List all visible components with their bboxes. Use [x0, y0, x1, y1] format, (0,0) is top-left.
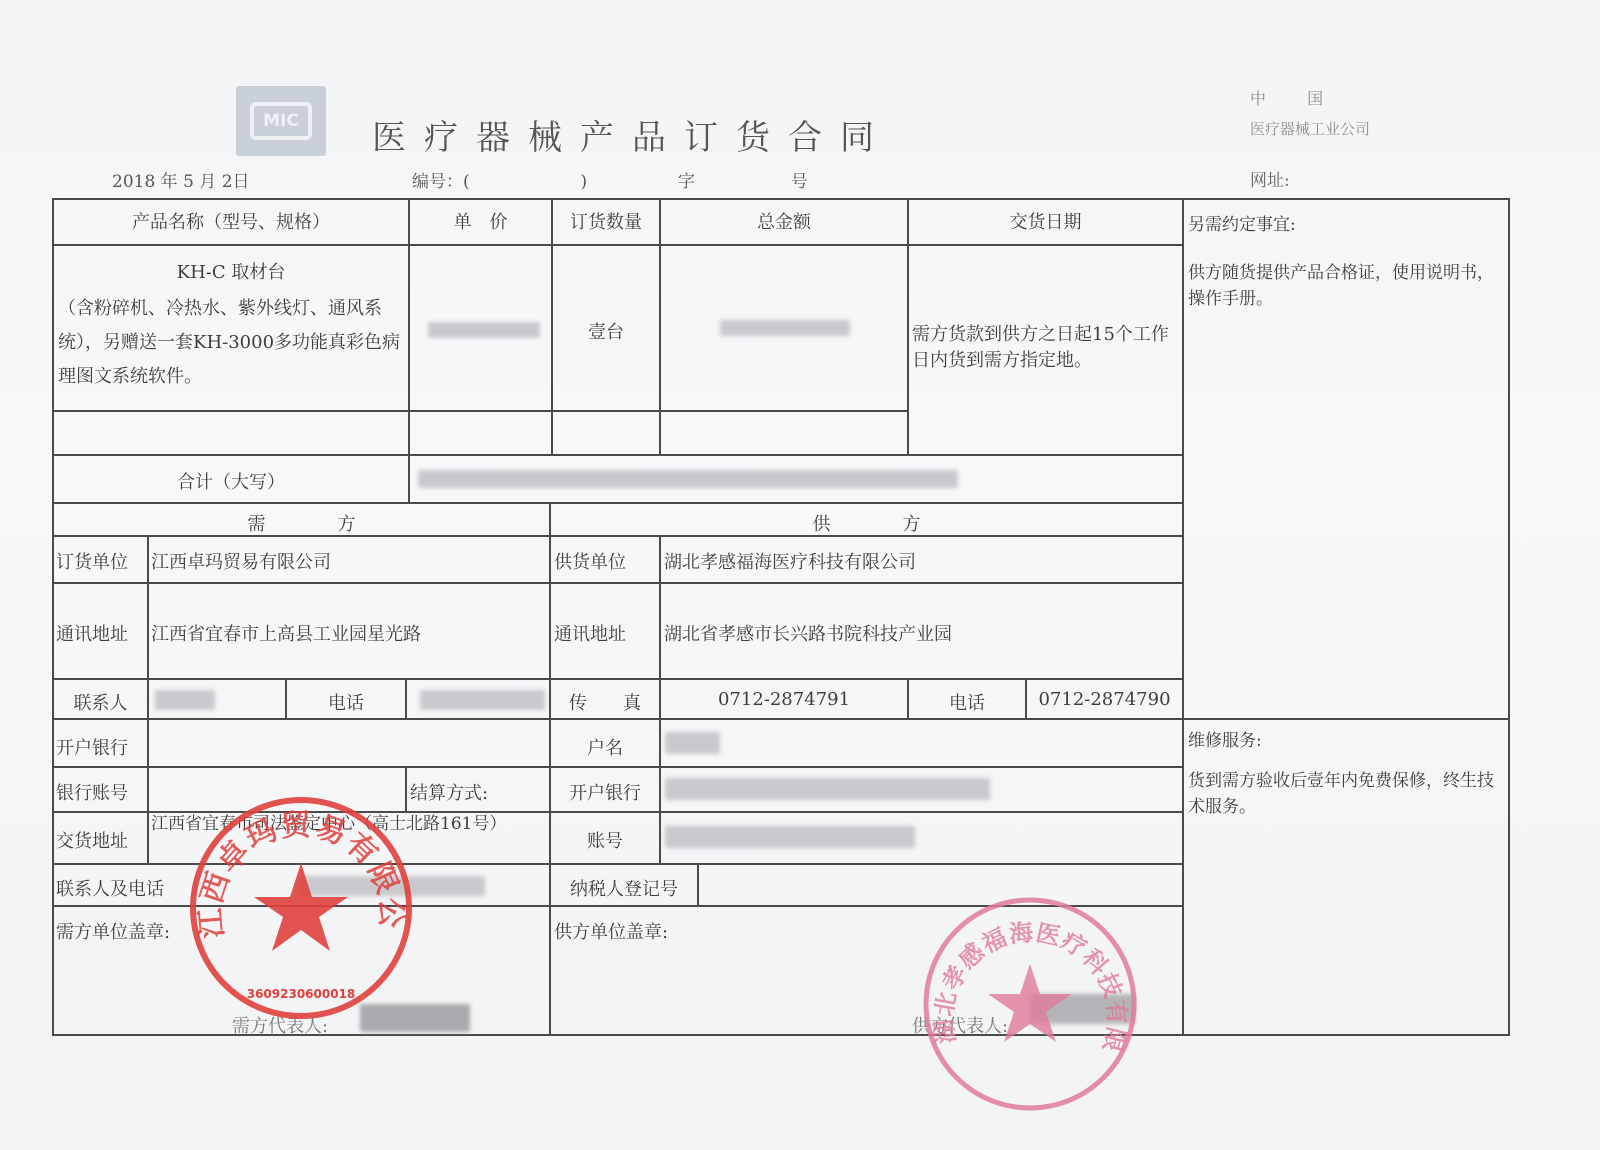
- contract-date: 2018 年 5 月 2日: [112, 167, 250, 192]
- table-border-top: [52, 198, 1510, 200]
- buyer-address-label: 通讯地址: [56, 620, 128, 646]
- other-terms-label: 另需约定事宜:: [1188, 210, 1296, 235]
- seller-account-name-label: 户名: [551, 734, 659, 760]
- grid-line: [697, 863, 699, 905]
- buyer-account-label: 银行账号: [56, 779, 128, 805]
- seller-bank-redacted: [665, 778, 990, 800]
- logo-text: MIC: [250, 102, 312, 140]
- buyer-contact-redacted: [155, 690, 215, 710]
- grid-line: [408, 454, 410, 502]
- seller-fax-label: 传 真: [551, 689, 659, 715]
- unit-price-redacted: [428, 322, 540, 338]
- buyer-seal-label: 需方单位盖章:: [56, 918, 170, 944]
- buyer-heading: 需 方: [54, 510, 549, 536]
- seller-account-name-redacted: [665, 732, 720, 754]
- grid-line: [405, 678, 407, 718]
- table-border-left: [52, 198, 54, 1036]
- grid-line: [147, 535, 149, 863]
- star-icon: [254, 863, 348, 951]
- buyer-settlement-label: 结算方式:: [410, 779, 488, 805]
- seller-fax: 0712-2874791: [661, 689, 907, 710]
- grid-line: [907, 198, 909, 454]
- buyer-address: 江西省宜春市上高县工业园星光路: [151, 620, 421, 646]
- grid-line: [549, 502, 551, 1036]
- buyer-contact-label: 联系人: [54, 689, 147, 715]
- header-product-name: 产品名称（型号、规格）: [54, 208, 408, 234]
- header-unit-price: 单 价: [410, 208, 551, 234]
- seller-seal-label: 供方单位盖章:: [554, 918, 668, 944]
- grid-line: [52, 718, 1510, 720]
- seller-company-seal: 湖北孝感福海医疗科技有限公司: [918, 892, 1143, 1117]
- buyer-delivery-address-label: 交货地址: [56, 827, 128, 853]
- quantity-value: 壹台: [553, 318, 659, 344]
- grid-line: [52, 244, 1184, 246]
- buyer-phone-label: 电话: [287, 689, 405, 715]
- grid-line: [408, 198, 410, 454]
- grid-line: [52, 766, 1184, 768]
- seller-phone-label: 电话: [909, 689, 1025, 715]
- grid-line: [52, 454, 1184, 456]
- mic-logo: MIC: [236, 86, 326, 156]
- header-total-amount: 总金额: [661, 208, 907, 234]
- buyer-bank-label: 开户银行: [56, 734, 128, 760]
- product-name-description: （含粉碎机、冷热水、紫外线灯、通风系统），另赠送一套KH-3000多功能真彩色病…: [58, 292, 404, 394]
- buyer-seal-code: 3609230600018: [247, 987, 356, 1001]
- seller-address: 湖北省孝感市长兴路书院科技产业园: [664, 620, 952, 646]
- buyer-contact-phone-label: 联系人及电话: [56, 875, 164, 901]
- grid-line: [52, 582, 1184, 584]
- serial-hao: 号: [791, 167, 808, 192]
- header-delivery-date: 交货日期: [909, 208, 1182, 234]
- contract-page: MIC 医疗器械产品订货合同 2018 年 5 月 2日 编号：( ) 字 号 …: [0, 0, 1600, 1150]
- buyer-unit: 江西卓玛贸易有限公司: [151, 548, 331, 574]
- buyer-unit-label: 订货单位: [56, 548, 128, 574]
- header-quantity: 订货数量: [553, 208, 659, 234]
- total-label: 合计（大写）: [54, 468, 408, 494]
- buyer-company-seal: 江西卓玛贸易有限公司 3609230600018: [186, 793, 416, 1023]
- serial-close: ): [580, 172, 587, 192]
- other-terms-text: 供方随货提供产品合格证，使用说明书，操作手册。: [1188, 260, 1506, 312]
- total-value-redacted: [418, 470, 958, 488]
- seller-phone: 0712-2874790: [1027, 689, 1182, 710]
- seller-unit: 湖北孝感福海医疗科技有限公司: [664, 548, 916, 574]
- issuer-name: 医疗器械工业公司: [1250, 118, 1370, 139]
- page-title: 医疗器械产品订货合同: [372, 110, 892, 159]
- seller-seal-text: 湖北孝感福海医疗科技有限公司: [918, 892, 1132, 1056]
- service-label: 维修服务:: [1188, 726, 1262, 751]
- star-icon: [988, 964, 1072, 1042]
- grid-line: [659, 198, 661, 454]
- grid-line: [1182, 198, 1184, 1036]
- seller-account-label: 账号: [551, 827, 659, 853]
- seller-account-redacted: [665, 826, 915, 848]
- serial-number: 编号：( ) 字 号: [412, 167, 808, 192]
- issuer-website-label: 网址:: [1250, 166, 1290, 191]
- serial-label: 编号：(: [412, 167, 470, 192]
- table-border-right: [1508, 198, 1510, 1036]
- grid-line: [52, 502, 1184, 504]
- grid-line: [52, 410, 908, 412]
- service-text: 货到需方验收后壹年内免费保修，终生技术服务。: [1188, 768, 1506, 820]
- product-name-model: KH-C 取材台: [54, 258, 408, 284]
- seller-unit-label: 供货单位: [554, 548, 626, 574]
- seller-tax-label: 纳税人登记号: [551, 875, 697, 901]
- seller-address-label: 通讯地址: [554, 620, 626, 646]
- svg-text:湖北孝感福海医疗科技有限公司: 湖北孝感福海医疗科技有限公司: [918, 892, 1132, 1056]
- grid-line: [52, 678, 1184, 680]
- buyer-phone-redacted: [420, 690, 545, 710]
- seller-heading: 供 方: [551, 510, 1182, 536]
- seller-bank-label: 开户银行: [551, 779, 659, 805]
- issuer-country: 中 国: [1250, 86, 1341, 109]
- delivery-date-value: 需方货款到供方之日起15个工作日内货到需方指定地。: [912, 322, 1174, 374]
- serial-zi: 字: [678, 167, 695, 192]
- total-amount-redacted: [720, 320, 850, 336]
